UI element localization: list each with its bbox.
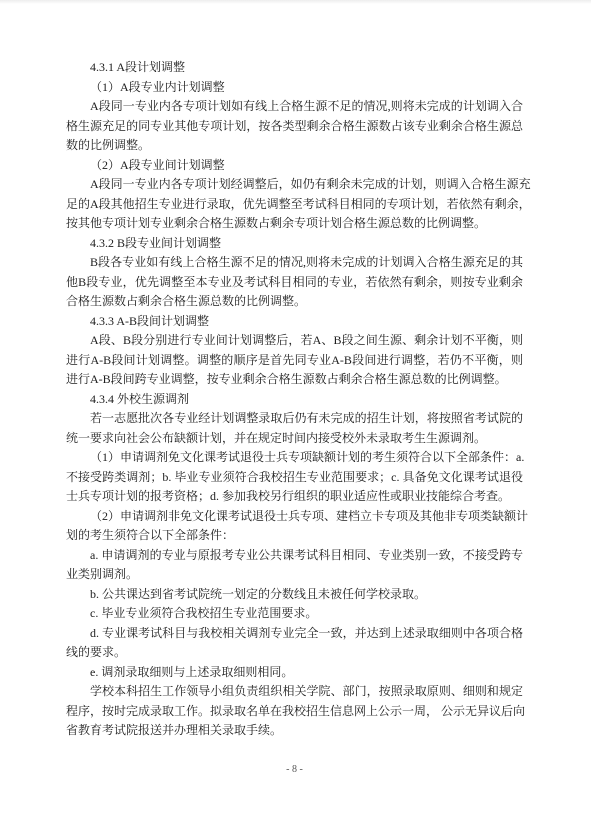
section-heading: 4.3.4 外校生源调剂 [66,390,523,410]
document-page: 4.3.1 A段计划调整 （1）A段专业内计划调整 A段同一专业内各专项计划如有… [0,0,591,830]
paragraph-line: A段同一专业内各专项计划经调整后，如仍有剩余未完成的计划，则调入合格生源充 [66,175,523,195]
condition-line: a. 申请调剂的专业与原报考专业公共课考试科目相同、专业类别一致，不接受跨专 [66,546,523,566]
subsection-a-inter-major-adjustment: （2）A段专业间计划调整 A段同一专业内各专项计划经调整后，如仍有剩余未完成的计… [66,156,523,234]
page-number: - 8 - [0,763,589,777]
paragraph-line: 格生源充足的同专业其他专项计划，按各类型剩余合格生源数占该专业剩余合格生源总 [66,117,523,137]
paragraph: A段、B段分别进行专业间计划调整后，若A、B段之间生源、剩余计划不平衡，则 进行… [66,331,523,390]
condition-line: b. 公共课达到省考试院统一划定的分数线且未被任何学校录取。 [66,585,523,605]
paragraph-line: 程序，按时完成录取工作。拟录取名单在我校招生信息网上公示一周， 公示无异议后向 [66,702,523,722]
paragraph-line: 进行A-B段间计划调整。调整的顺序是首先同专业A-B段间进行调整，若仍不平衡，则 [66,351,523,371]
paragraph: A段同一专业内各专项计划经调整后，如仍有剩余未完成的计划，则调入合格生源充 足的… [66,175,523,234]
paragraph: B段各专业如有线上合格生源不足的情况,则将未完成的计划调入合格生源充足的其 他B… [66,253,523,312]
paragraph-line: A段同一专业内各专项计划如有线上合格生源不足的情况,则将未完成的计划调入合 [66,97,523,117]
section-4-3-2: 4.3.2 B段专业间计划调整 B段各专业如有线上合格生源不足的情况,则将未完成… [66,234,523,312]
condition-item-d: d. 专业课考试科目与我校相关调剂专业完全一致，并达到上述录取细则中各项合格 线… [66,624,523,663]
paragraph-exempt-veteran-conditions: （1）申请调剂免文化课考试退役士兵专项缺额计划的考生须符合以下全部条件：a. 不… [66,448,523,507]
section-4-3-3: 4.3.3 A-B段间计划调整 A段、B段分别进行专业间计划调整后，若A、B段之… [66,312,523,390]
section-heading: 4.3.2 B段专业间计划调整 [66,234,523,254]
paragraph: 若一志愿批次各专业经计划调整录取后仍有未完成的招生计划，将按照省考试院的 统一要… [66,409,523,448]
subsection-a-intra-major-adjustment: （1）A段专业内计划调整 A段同一专业内各专项计划如有线上合格生源不足的情况,则… [66,78,523,156]
condition-line: 线的要求。 [66,643,523,663]
section-heading: 4.3.1 A段计划调整 [66,58,523,78]
condition-line: e. 调剂录取细则与上述录取细则相同。 [66,663,523,683]
condition-item-c: c. 毕业专业须符合我校招生专业范围要求。 [66,604,523,624]
paragraph-line: 划的考生须符合以下全部条件： [66,526,523,546]
conditions-list: a. 申请调剂的专业与原报考专业公共课考试科目相同、专业类别一致，不接受跨专 业… [66,546,523,683]
page-top-shadow [0,0,591,4]
subsection-heading: （2）A段专业间计划调整 [66,156,523,176]
paragraph-line: B段各专业如有线上合格生源不足的情况,则将未完成的计划调入合格生源充足的其 [66,253,523,273]
paragraph-line: 数的比例调整。 [66,136,523,156]
paragraph-line: 省教育考试院报送并办理相关录取手续。 [66,721,523,741]
paragraph-line: 合格生源数占剩余合格生源总数的比例调整。 [66,292,523,312]
paragraph-line: 学校本科招生工作领导小组负责组织相关学院、部门，按照录取原则、细则和规定 [66,682,523,702]
paragraph-non-exempt-conditions: （2）申请调剂非免文化课考试退役士兵专项、建档立卡专项及其他非专项类缺额计 划的… [66,507,523,546]
paragraph-line: 统一要求向社会公布缺额计划，并在规定时间内接受校外未录取考生生源调剂。 [66,429,523,449]
paragraph-line: 按其他专项计划专业剩余合格生源数占剩余专项计划合格生源总数的比例调整。 [66,214,523,234]
condition-item-e: e. 调剂录取细则与上述录取细则相同。 [66,663,523,683]
paragraph-line: 足的A段其他招生专业进行录取，优先调整至考试科目相同的专项计划，若依然有剩余， [66,195,523,215]
section-4-3-4: 4.3.4 外校生源调剂 若一志愿批次各专业经计划调整录取后仍有未完成的招生计划… [66,390,523,683]
condition-line: d. 专业课考试科目与我校相关调剂专业完全一致，并达到上述录取细则中各项合格 [66,624,523,644]
paragraph-line: 他B段专业，优先调整至本专业及考试科目相同的专业，若依然有剩余，则按专业剩余 [66,273,523,293]
condition-item-a: a. 申请调剂的专业与原报考专业公共课考试科目相同、专业类别一致，不接受跨专 业… [66,546,523,585]
condition-line: 业类别调剂。 [66,565,523,585]
paragraph-line: 进行A-B段间跨专业调整，按专业剩余合格生源数占剩余合格生源总数的比例调整。 [66,370,523,390]
paragraph-line: （1）申请调剂免文化课考试退役士兵专项缺额计划的考生须符合以下全部条件：a. [66,448,523,468]
document-body: 4.3.1 A段计划调整 （1）A段专业内计划调整 A段同一专业内各专项计划如有… [66,58,523,741]
paragraph-line: （2）申请调剂非免文化课考试退役士兵专项、建档立卡专项及其他非专项类缺额计 [66,507,523,527]
closing-paragraph: 学校本科招生工作领导小组负责组织相关学院、部门，按照录取原则、细则和规定 程序，… [66,682,523,741]
paragraph-line: 不接受跨类调剂；b. 毕业专业须符合我校招生专业范围要求；c. 具备免文化课考试… [66,468,523,488]
paragraph-line: A段、B段分别进行专业间计划调整后，若A、B段之间生源、剩余计划不平衡，则 [66,331,523,351]
paragraph-line: 若一志愿批次各专业经计划调整录取后仍有未完成的招生计划，将按照省考试院的 [66,409,523,429]
subsection-heading: （1）A段专业内计划调整 [66,78,523,98]
condition-line: c. 毕业专业须符合我校招生专业范围要求。 [66,604,523,624]
paragraph-line: 士兵专项计划的报考资格；d. 参加我校另行组织的职业适应性或职业技能综合考查。 [66,487,523,507]
paragraph: A段同一专业内各专项计划如有线上合格生源不足的情况,则将未完成的计划调入合 格生… [66,97,523,156]
section-4-3-1: 4.3.1 A段计划调整 （1）A段专业内计划调整 A段同一专业内各专项计划如有… [66,58,523,234]
condition-item-b: b. 公共课达到省考试院统一划定的分数线且未被任何学校录取。 [66,585,523,605]
section-heading: 4.3.3 A-B段间计划调整 [66,312,523,332]
